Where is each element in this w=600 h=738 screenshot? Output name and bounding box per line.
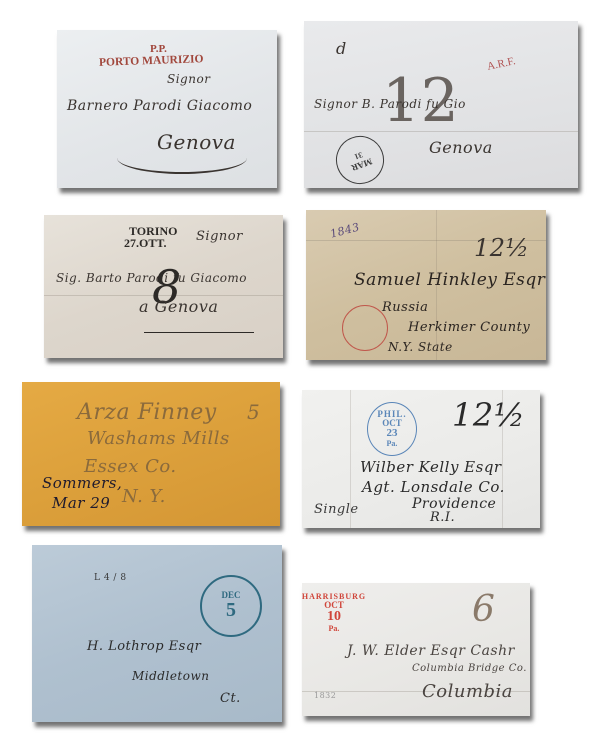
rate-mark: 5 (247, 400, 260, 424)
address-line-1: Arza Finney (77, 400, 217, 425)
cover-harrisburg-columbia: HARRISBURG OCT 10 Pa. 6 J. W. Elder Esqr… (302, 583, 530, 716)
top-mark: d (336, 39, 347, 58)
address-line-2: Agt. Lonsdale Co. (362, 478, 505, 496)
year-note: 1832 (314, 691, 336, 700)
address-line-1: Signor (196, 229, 243, 244)
postmark-line-2: 27.OTT. (124, 237, 166, 249)
underline (144, 332, 254, 333)
origin-line-1: Sommers, (42, 474, 122, 492)
address-line-2: Washams Mills (87, 428, 230, 449)
postmark-line-1: P.P. (150, 44, 167, 55)
cover-dec-5: L 4 / 8 DEC 5 H. Lothrop Esqr Middletown… (32, 545, 282, 722)
rate-mark: 12½ (452, 396, 525, 434)
address-line-1: Signor B. Parodi fu Gio (314, 97, 466, 111)
address-line-2: Barnero Parodi Giacomo (67, 98, 252, 114)
postmark-circular: DEC 5 (200, 575, 262, 637)
address-line-2: Columbia Bridge Co. (412, 663, 527, 674)
cover-torino: TORINO 27.OTT. Signor Sig. Barto Parodi … (44, 215, 283, 358)
address-line-1: Samuel Hinkley Esqr (354, 270, 545, 290)
address-line-3: Ct. (220, 691, 241, 706)
docket-note: L 4 / 8 (94, 573, 127, 583)
cover-sommers-ny: Arza Finney 5 Washams Mills Essex Co. N.… (22, 382, 280, 526)
origin-line-2: Mar 29 (52, 494, 110, 512)
rate-mark: 12½ (474, 234, 529, 262)
year-note: 1843 (329, 220, 361, 240)
postmark-circular: MAR 31 (329, 129, 391, 188)
address-line-3: Herkimer County (408, 320, 530, 335)
address-line-4: R.I. (430, 510, 455, 525)
postmark-circular: HARRISBURG OCT 10 Pa. (308, 587, 360, 639)
cover-arf-genova: d A.R.F. 12 Signor B. Parodi fu Gio Geno… (304, 21, 578, 188)
address-line-2: Genova (429, 138, 493, 157)
note-single: Single (314, 502, 359, 517)
address-line-4: N.Y. State (388, 340, 453, 354)
address-line-1: Wilber Kelly Esqr (360, 458, 502, 476)
cover-porto-maurizio: P.P. PORTO MAURIZIO Signor Barnero Parod… (57, 30, 277, 188)
address-line-4: N. Y. (122, 486, 166, 507)
cover-russia-ny: 1843 12½ Samuel Hinkley Esqr Russia Herk… (306, 210, 546, 360)
arf-marking: A.R.F. (486, 56, 516, 73)
postmark-circular (342, 305, 388, 351)
flourish (117, 142, 247, 174)
address-line-1: H. Lothrop Esqr (87, 639, 201, 654)
address-line-2: Russia (382, 300, 428, 315)
address-line-1: J. W. Elder Esqr Cashr (347, 643, 515, 659)
address-line-3: Columbia (422, 681, 513, 702)
address-line-3: a Genova (139, 297, 218, 316)
cover-phila-providence: PHIL. OCT 23 Pa. 12½ Wilber Kelly Esqr A… (302, 390, 540, 528)
address-line-1: Signor (167, 72, 210, 86)
rate-mark: 6 (472, 589, 495, 630)
postmark-line-2: PORTO MAURIZIO (99, 54, 204, 69)
postmark-circular: PHIL. OCT 23 Pa. (367, 402, 417, 456)
address-line-2: Middletown (132, 669, 209, 683)
